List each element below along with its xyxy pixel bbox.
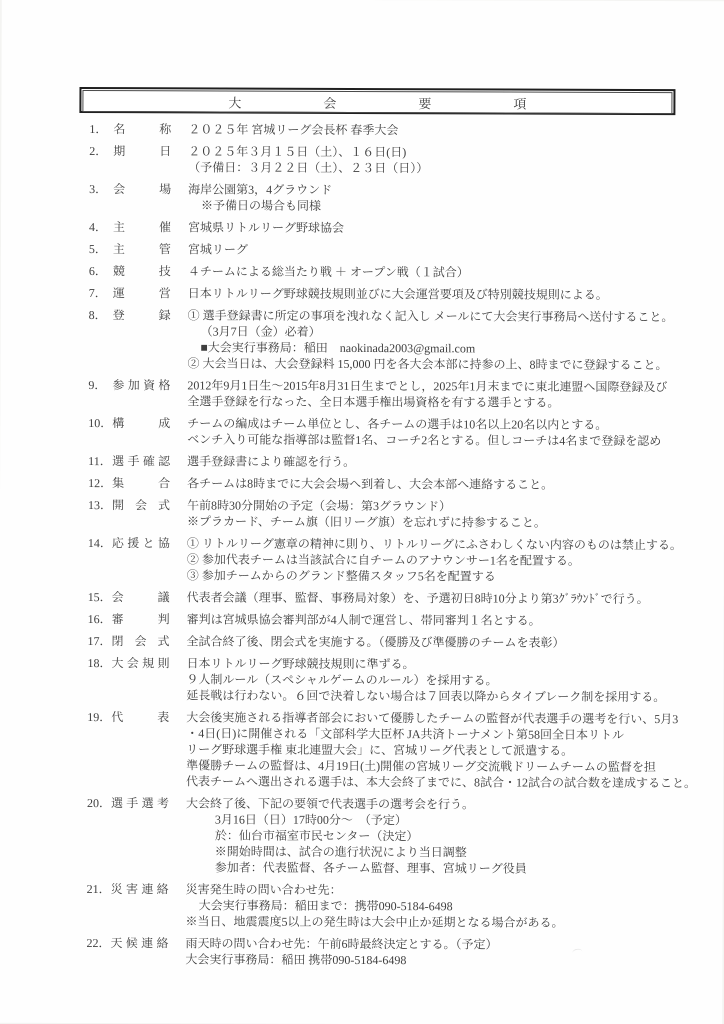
item-label: 参加資格 (112, 377, 170, 393)
item-line: 選手登録書により確認を行う。 (187, 453, 706, 471)
item-line: （予備日：３月２２日（土）、２３日（日）） (188, 159, 707, 177)
item-line: （3月7日（金）必着） (188, 323, 707, 341)
item-number: 12． (88, 475, 112, 491)
item-line: 於：仙台市福室市民センター（決定） (186, 827, 705, 845)
item-number: 19． (87, 709, 111, 725)
item-line: 大会終了後、下記の要領で代表選手の選考会を行う。 (186, 795, 705, 813)
agenda-item: 4． 主 催 宮城県リトルリーグ野球協会 (89, 219, 707, 237)
agenda-item: 18． 大会規則 日本リトルリーグ野球競技規則に準ずる。９人制ルール（スペシャル… (87, 655, 705, 705)
item-line: チームの編成はチーム単位とし、各チームの選手は10名以上20名以内とする。 (187, 415, 706, 433)
agenda-item: 8． 登 録 ① 選手登録書に所定の事項を洩れなく記入し メールにて大会実行事務… (88, 307, 706, 373)
item-line: ① リトルリーグ憲章の精神に則り、リトルリーグにふさわしくない内容のものは禁止す… (187, 535, 706, 553)
agenda-item: 11． 選手確認 選手登録書により確認を行う。 (88, 453, 706, 471)
item-line: 災害発生時の問い合わせ先： (186, 881, 705, 899)
item-number: 2． (89, 143, 113, 159)
document-title-inner-border: 大会要項 (82, 90, 672, 114)
item-line: ２０２５年３月１５日（土）、１６日(日) (188, 143, 707, 161)
item-line: ※プラカード、チーム旗（旧リーグ旗）を忘れずに持参すること。 (187, 513, 706, 531)
item-line: 海岸公園第3，4グラウンド (188, 181, 707, 199)
item-line: 午前8時30分開始の予定（会場：第3グラウンド） (187, 497, 706, 515)
item-line: 各チームは8時までに大会会場へ到着し、大会本部へ連絡すること。 (187, 475, 706, 493)
item-number: 1． (89, 121, 113, 137)
item-content: 2012年9月1日生～2015年8月31日生までとし，2025年1月末までに東北… (187, 377, 706, 411)
item-number: 11． (88, 453, 112, 469)
item-line: 審判は宮城県協会審判部が4人制で運営し、帯同審判１名とする。 (187, 611, 706, 629)
agenda-item: 3． 会 場 海岸公園第3，4グラウンド※予備日の場合も同様 (89, 181, 707, 215)
item-label: 集 合 (112, 475, 170, 491)
item-label: 競 技 (113, 263, 171, 279)
item-label: 閉会式 (112, 633, 170, 649)
item-label: 主 管 (113, 241, 171, 257)
item-line: 大会実行事務局：稲田まで：携帯090-5184-6498 (186, 897, 705, 915)
item-line: ・4日(日)に開催される「文部科学大臣杯 JA共済トーナメント第58回全日本リト… (186, 725, 705, 743)
document-page: 大会要項 1． 名 称 ２０２５年 宮城リーグ会長杯 春季大会 2． 期 日 ２… (0, 0, 724, 1024)
item-line: 延長戦は行わない。６回で決着しない場合は７回表以降からタイブレーク制を採用する。 (186, 687, 705, 705)
agenda-item: 17． 閉会式 全試合終了後、閉会式を実施する。（優勝及び準優勝のチームを表彰） (88, 633, 706, 651)
item-number: 6． (89, 263, 113, 279)
item-label: 審 判 (112, 611, 170, 627)
item-label: 構 成 (112, 415, 170, 431)
item-label: 天候連絡 (110, 935, 168, 951)
item-number: 22． (86, 935, 110, 951)
item-line: ② 参加代表チームは当該試合に自チームのアナウンサー1名を配置する。 (187, 551, 706, 569)
item-content: 大会終了後、下記の要領で代表選手の選考会を行う。3月16日（日）17時00分～ … (186, 795, 705, 877)
item-content: ４チームによる総当たり戦 ＋ オープン戦（１試合） (188, 263, 707, 281)
item-number: 13． (88, 497, 112, 513)
item-number: 8． (89, 307, 113, 323)
item-line: ③ 参加チームからのグランド整備スタッフ5名を配置する (187, 567, 706, 585)
item-content: 日本リトルリーグ野球競技規則並びに大会運営要項及び特別競技規則による。 (188, 285, 707, 303)
item-number: 3． (89, 181, 113, 197)
item-line: 雨天時の問い合わせ先：午前6時最終決定とする。（予定） (185, 935, 704, 953)
item-content: 大会後実施される指導者部会において優勝したチームの監督が代表選手の選考を行い、5… (186, 709, 705, 791)
item-label: 選手確認 (112, 453, 170, 469)
item-label: 災害連絡 (111, 881, 169, 897)
item-content: 宮城県リトルリーグ野球協会 (188, 219, 707, 237)
agenda-item: 22． 天候連絡 雨天時の問い合わせ先：午前6時最終決定とする。（予定）大会実行… (86, 935, 704, 969)
item-number: 15． (88, 589, 112, 605)
item-number: 9． (88, 377, 112, 393)
item-label: 運 営 (113, 285, 171, 301)
agenda-item: 21． 災害連絡 災害発生時の問い合わせ先：大会実行事務局：稲田まで：携帯090… (87, 881, 705, 931)
agenda-item: 10． 構 成 チームの編成はチーム単位とし、各チームの選手は10名以上20名以… (88, 415, 706, 449)
item-line: 準優勝チームの監督は、4月19日(土)開催の宮城リーグ交流戦ドリームチームの監督… (186, 757, 705, 775)
item-line: 大会実行事務局：稲田 携帯090-5184-6498 (185, 951, 704, 969)
item-line: 全試合終了後、閉会式を実施する。（優勝及び準優勝のチームを表彰） (187, 633, 706, 651)
item-line: 日本リトルリーグ野球競技規則並びに大会運営要項及び特別競技規則による。 (188, 285, 707, 303)
item-line: 日本リトルリーグ野球競技規則に準ずる。 (186, 655, 705, 673)
item-content: 海岸公園第3，4グラウンド※予備日の場合も同様 (188, 181, 707, 215)
item-content: ① 選手登録書に所定の事項を洩れなく記入し メールにて大会実行事務局へ送付するこ… (187, 307, 706, 373)
agenda-item: 13． 開会式 午前8時30分開始の予定（会場：第3グラウンド）※プラカード、チ… (88, 497, 706, 531)
item-number: 7． (89, 285, 113, 301)
item-number: 4． (89, 219, 113, 235)
item-content: 宮城リーグ (188, 241, 707, 259)
item-content: ① リトルリーグ憲章の精神に則り、リトルリーグにふさわしくない内容のものは禁止す… (187, 535, 706, 585)
item-content: ２０２５年３月１５日（土）、１６日(日)（予備日：３月２２日（土）、２３日（日）… (188, 143, 707, 177)
item-label: 開会式 (112, 497, 170, 513)
item-content: 全試合終了後、閉会式を実施する。（優勝及び準優勝のチームを表彰） (187, 633, 706, 651)
item-label: 期 日 (113, 143, 171, 159)
item-line: ２０２５年 宮城リーグ会長杯 春季大会 (188, 121, 707, 139)
item-number: 14． (88, 535, 112, 551)
item-line: ※開始時間は、試合の進行状況により当日調整 (186, 843, 705, 861)
agenda-item: 14． 応援と協 ① リトルリーグ憲章の精神に則り、リトルリーグにふさわしくない… (88, 535, 706, 585)
item-line: 全選手登録を行なった、全日本選手権出場資格を有する選手とする。 (187, 393, 706, 411)
item-line: ４チームによる総当たり戦 ＋ オープン戦（１試合） (188, 263, 707, 281)
item-line: ９人制ルール（スペシャルゲームのルール）を採用する。 (186, 671, 705, 689)
item-line: ベンチ入り可能な指導部は監督1名、コーチ2名とする。但しコーチは4名まで登録を認… (187, 431, 706, 449)
item-label: 主 催 (113, 219, 171, 235)
item-content: 雨天時の問い合わせ先：午前6時最終決定とする。（予定）大会実行事務局：稲田 携帯… (185, 935, 704, 969)
item-label: 会 議 (112, 589, 170, 605)
item-line: 宮城県リトルリーグ野球協会 (188, 219, 707, 237)
agenda-item: 20． 選手選考 大会終了後、下記の要領で代表選手の選考会を行う。3月16日（日… (87, 795, 705, 877)
item-content: 各チームは8時までに大会会場へ到着し、大会本部へ連絡すること。 (187, 475, 706, 493)
item-line: 大会後実施される指導者部会において優勝したチームの監督が代表選手の選考を行い、5… (186, 709, 705, 727)
item-line: 宮城リーグ (188, 241, 707, 259)
item-line: ■大会実行事務局：稲田 naokinada2003@gmail.com (188, 339, 707, 357)
agenda-item: 7． 運 営 日本リトルリーグ野球競技規則並びに大会運営要項及び特別競技規則によ… (89, 285, 707, 303)
item-number: 20． (87, 795, 111, 811)
agenda-item: 6． 競 技 ４チームによる総当たり戦 ＋ オープン戦（１試合） (89, 263, 707, 281)
item-number: 10． (88, 415, 112, 431)
agenda-item: 1． 名 称 ２０２５年 宮城リーグ会長杯 春季大会 (89, 121, 707, 139)
item-number: 17． (88, 633, 112, 649)
agenda-item: 5． 主 管 宮城リーグ (89, 241, 707, 259)
item-content: 午前8時30分開始の予定（会場：第3グラウンド）※プラカード、チーム旗（旧リーグ… (187, 497, 706, 531)
item-content: 代表者会議（理事、監督、事務局対象）を、予選初日8時10分より第3ｸﾞﾗｳﾝﾄﾞ… (187, 589, 706, 607)
item-number: 18． (87, 655, 111, 671)
item-number: 21． (87, 881, 111, 897)
item-number: 16． (88, 611, 112, 627)
item-number: 5． (89, 241, 113, 257)
item-content: ２０２５年 宮城リーグ会長杯 春季大会 (188, 121, 707, 139)
item-label: 代 表 (111, 709, 169, 725)
item-line: 代表チームへ選出される選手は、本大会終了までに、8試合・12試合の試合数を達成す… (186, 773, 705, 791)
agenda-item: 19． 代 表 大会後実施される指導者部会において優勝したチームの監督が代表選手… (87, 709, 705, 791)
item-line: ※予備日の場合も同様 (188, 197, 707, 215)
item-content: チームの編成はチーム単位とし、各チームの選手は10名以上20名以内とする。ベンチ… (187, 415, 706, 449)
item-line: ② 大会当日は、大会登録料 15,000 円を各大会本部に持参の上、8時までに登… (187, 355, 706, 373)
agenda-item: 16． 審 判 審判は宮城県協会審判部が4人制で運営し、帯同審判１名とする。 (88, 611, 706, 629)
agenda-item: 2． 期 日 ２０２５年３月１５日（土）、１６日(日)（予備日：３月２２日（土）… (89, 143, 707, 177)
item-line: リーグ野球選手権 東北連盟大会」に、宮城リーグ代表として派遣する。 (186, 741, 705, 759)
document-title-box: 大会要項 (79, 87, 675, 115)
item-label: 名 称 (113, 121, 171, 137)
item-line: ① 選手登録書に所定の事項を洩れなく記入し メールにて大会実行事務局へ送付するこ… (188, 307, 707, 325)
items-list: 1． 名 称 ２０２５年 宮城リーグ会長杯 春季大会 2． 期 日 ２０２５年３… (86, 121, 707, 975)
item-content: 日本リトルリーグ野球競技規則に準ずる。９人制ルール（スペシャルゲームのルール）を… (186, 655, 705, 705)
item-content: 選手登録書により確認を行う。 (187, 453, 706, 471)
item-content: 災害発生時の問い合わせ先：大会実行事務局：稲田まで：携帯090-5184-649… (186, 881, 705, 931)
agenda-item: 15． 会 議 代表者会議（理事、監督、事務局対象）を、予選初日8時10分より第… (88, 589, 706, 607)
item-line: 3月16日（日）17時00分～ （予定） (186, 811, 705, 829)
item-content: 審判は宮城県協会審判部が4人制で運営し、帯同審判１名とする。 (187, 611, 706, 629)
item-label: 登 録 (113, 307, 171, 323)
item-label: 会 場 (113, 181, 171, 197)
item-label: 選手選考 (111, 795, 169, 811)
item-line: ※当日、地震震度5以上の発生時は大会中止か延期となる場合がある。 (186, 913, 705, 931)
item-label: 大会規則 (111, 655, 169, 671)
item-line: 代表者会議（理事、監督、事務局対象）を、予選初日8時10分より第3ｸﾞﾗｳﾝﾄﾞ… (187, 589, 706, 607)
item-line: 参加者：代表監督、各チーム監督、理事、宮城リーグ役員 (186, 859, 705, 877)
agenda-item: 9． 参加資格 2012年9月1日生～2015年8月31日生までとし，2025年… (88, 377, 706, 411)
page-title: 大会要項 (228, 92, 608, 112)
agenda-item: 12． 集 合 各チームは8時までに大会会場へ到着し、大会本部へ連絡すること。 (88, 475, 706, 493)
item-line: 2012年9月1日生～2015年8月31日生までとし，2025年1月末までに東北… (187, 377, 706, 395)
item-label: 応援と協 (112, 535, 170, 551)
